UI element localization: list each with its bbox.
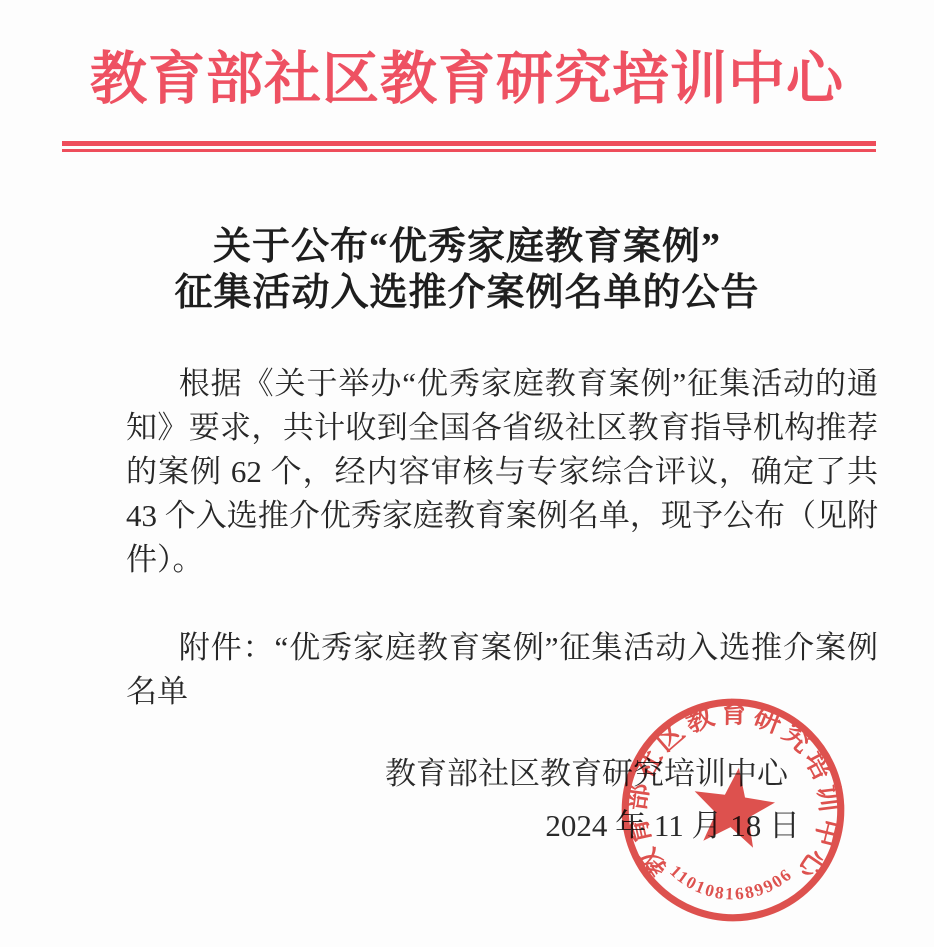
divider-thin-rule <box>62 149 876 152</box>
seal-serial-number: 1101081689906 <box>666 862 796 904</box>
document-title: 关于公布“优秀家庭教育案例” 征集活动入选推介案例名单的公告 <box>0 224 934 316</box>
letterhead-org-name: 教育部社区教育研究培训中心 <box>0 42 934 118</box>
announcement-page: 教育部社区教育研究培训中心 关于公布“优秀家庭教育案例” 征集活动入选推介案例名… <box>0 0 934 947</box>
letterhead-divider <box>62 141 876 152</box>
divider-thick-rule <box>62 141 876 146</box>
official-seal: 教育部社区教育研究培训中心 1101081689906 <box>611 688 855 932</box>
document-title-line-2: 征集活动入选推介案例名单的公告 <box>0 270 934 316</box>
body-paragraph-main: 根据《关于举办“优秀家庭教育案例”征集活动的通知》要求，共计收到全国各省级社区教… <box>126 362 878 582</box>
seal-star-icon <box>688 762 779 850</box>
document-body: 根据《关于举办“优秀家庭教育案例”征集活动的通知》要求，共计收到全国各省级社区教… <box>126 362 878 714</box>
document-title-line-1: 关于公布“优秀家庭教育案例” <box>0 224 934 270</box>
